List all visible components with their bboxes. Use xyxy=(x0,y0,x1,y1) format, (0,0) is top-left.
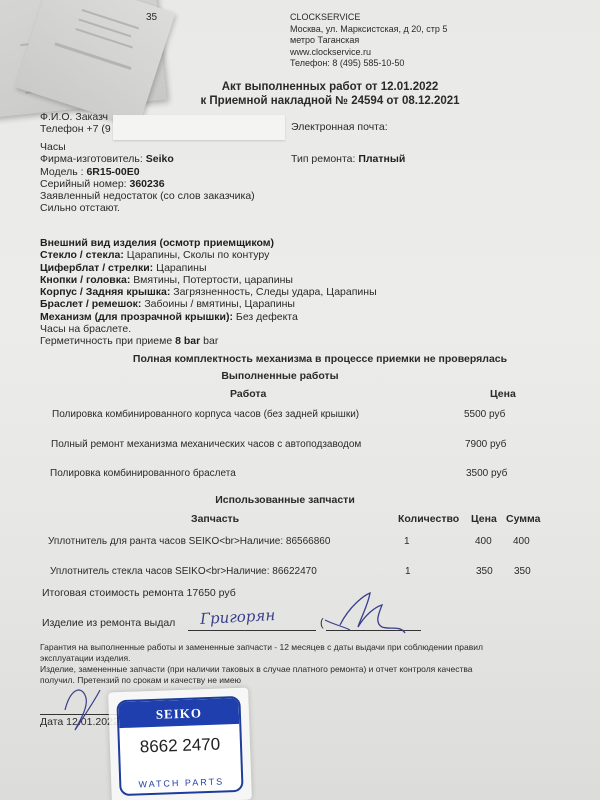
parts-col-sum: Сумма xyxy=(506,513,541,525)
receipt-fragment-text: 35 xyxy=(146,12,157,23)
model-value: 6R15-00E0 xyxy=(86,166,139,178)
total-cost: Итоговая стоимость ремонта 17650 руб xyxy=(42,587,236,599)
company-metro: метро Таганская xyxy=(290,35,447,47)
work-row-price: 7900 руб xyxy=(465,439,506,450)
redaction-overlay xyxy=(113,115,285,140)
parts-heading: Использованные запчасти xyxy=(0,494,585,506)
serial-row: Серийный номер: 360236 xyxy=(40,178,255,190)
part-row-price: 400 xyxy=(475,536,492,547)
signature-scribble xyxy=(320,585,430,640)
inspection-item: Циферблат / стрелки: Царапины xyxy=(40,262,377,274)
parts-col-part: Запчасть xyxy=(191,513,239,525)
part-row-qty: 1 xyxy=(405,566,411,577)
inspection-heading: Внешний вид изделия (осмотр приемщиком) xyxy=(40,237,274,249)
company-phone: Телефон: 8 (495) 585-10-50 xyxy=(290,58,447,70)
seiko-logo: SEIKO xyxy=(118,698,239,728)
inspection-item: Кнопки / головка: Вмятины, Потертости, ц… xyxy=(40,274,377,286)
document-subtitle: к Приемной накладной № 24594 от 08.12.20… xyxy=(30,95,600,107)
works-col-work: Работа xyxy=(230,388,266,400)
customer-name-label: Ф.И.О. Заказч xyxy=(40,111,108,123)
water-resistance-row: Герметичность при приеме 8 bar bar xyxy=(40,335,377,347)
work-row-price: 5500 руб xyxy=(464,409,505,420)
manufacturer-value: Seiko xyxy=(146,153,174,165)
company-address: Москва, ул. Марксистская, д 20, стр 5 xyxy=(290,24,447,36)
model-row: Модель : 6R15-00E0 xyxy=(40,166,255,178)
defect-value: Сильно отстают. xyxy=(40,202,255,214)
repair-type-value: Платный xyxy=(358,153,405,165)
work-row-name: Полировка комбинированного браслета xyxy=(50,468,236,479)
completeness-note: Полная комплектность механизма в процесс… xyxy=(20,353,600,365)
inspection-block: Внешний вид изделия (осмотр приемщиком) … xyxy=(40,237,377,348)
company-name: CLOCKSERVICE xyxy=(290,12,447,24)
signature-line xyxy=(188,630,316,631)
company-website: www.clockservice.ru xyxy=(290,47,447,59)
part-row-sum: 400 xyxy=(513,536,530,547)
inspection-item: Браслет / ремешок: Забоины / вмятины, Ца… xyxy=(40,298,377,310)
part-row-sum: 350 xyxy=(514,566,531,577)
document-title: Акт выполненных работ от 12.01.2022 xyxy=(30,81,600,93)
defect-label: Заявленный недостаток (со слов заказчика… xyxy=(40,190,255,202)
issued-by-label: Изделие из ремонта выдал xyxy=(42,617,175,629)
inspection-note: Часы на браслете. xyxy=(40,323,377,335)
works-heading: Выполненные работы xyxy=(0,370,580,382)
work-row-price: 3500 руб xyxy=(466,468,507,479)
parts-col-price: Цена xyxy=(471,513,497,525)
inspection-item: Механизм (для прозрачной крышки): Без де… xyxy=(40,311,377,323)
seiko-parts-tag: SEIKO 8662 2470 WATCH PARTS xyxy=(108,688,252,800)
customer-phone-label: Телефон +7 (9 xyxy=(40,123,111,135)
email-label: Электронная почта: xyxy=(291,121,388,133)
part-row-name: Уплотнитель стекла часов SEIKO<br>Наличи… xyxy=(50,566,317,577)
watch-heading: Часы xyxy=(40,141,255,153)
watch-info: Часы Фирма-изготовитель: Seiko Модель : … xyxy=(40,141,255,215)
part-row-price: 350 xyxy=(476,566,493,577)
part-row-qty: 1 xyxy=(404,536,410,547)
inspection-item: Корпус / Задняя крышка: Загрязненность, … xyxy=(40,286,377,298)
works-col-price: Цена xyxy=(490,388,516,400)
watch-parts-label: WATCH PARTS xyxy=(121,776,241,790)
serial-value: 360236 xyxy=(130,178,165,190)
parts-col-qty: Количество xyxy=(398,513,459,525)
handwritten-name: Григорян xyxy=(200,606,276,628)
inspection-item: Стекло / стекла: Царапины, Сколы по конт… xyxy=(40,249,377,261)
repair-act-document: 35 CLOCKSERVICE Москва, ул. Марксистская… xyxy=(0,0,600,800)
manufacturer-row: Фирма-изготовитель: Seiko xyxy=(40,153,255,165)
part-number: 8662 2470 xyxy=(120,734,241,758)
signature-scribble-bottom xyxy=(55,680,115,740)
work-row-name: Полный ремонт механизма механических час… xyxy=(51,439,361,450)
company-info: CLOCKSERVICE Москва, ул. Марксистская, д… xyxy=(290,12,447,70)
part-row-name: Уплотнитель для ранта часов SEIKO<br>Нал… xyxy=(48,536,330,547)
work-row-name: Полировка комбинированного корпуса часов… xyxy=(52,409,359,420)
repair-type-row: Тип ремонта: Платный xyxy=(291,153,405,165)
